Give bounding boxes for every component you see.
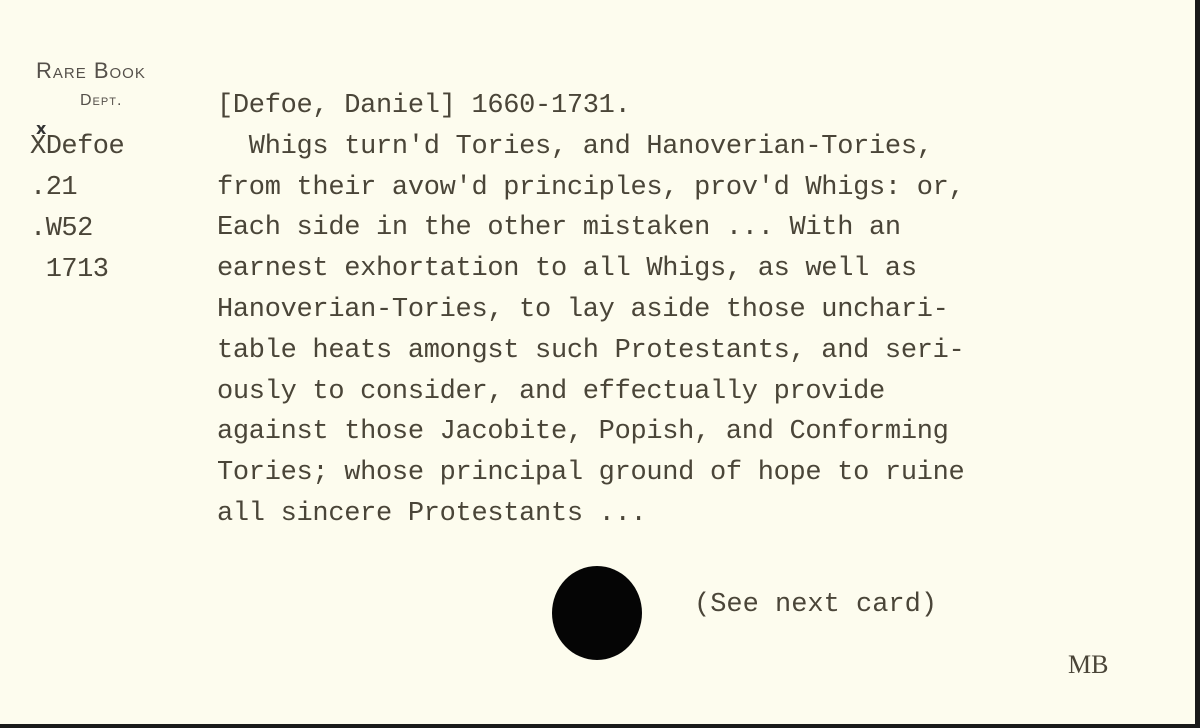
catalog-card: Rare Book Dept. x XDefoe .21 .W52 1713 […: [0, 0, 1195, 724]
author-heading: [Defoe, Daniel] 1660-1731.: [217, 86, 964, 127]
description-line: against those Jacobite, Popish, and Conf…: [217, 412, 964, 453]
description-line: from their avow'd principles, prov'd Whi…: [217, 168, 964, 209]
continuation-note: (See next card): [694, 590, 937, 620]
department-stamp-line2: Dept.: [80, 92, 122, 110]
cataloger-initials: MB: [1068, 650, 1108, 680]
description-line: earnest exhortation to all Whigs, as wel…: [217, 249, 964, 290]
card-body: [Defoe, Daniel] 1660-1731. Whigs turn'd …: [217, 86, 964, 535]
description-line: Hanoverian-Tories, to lay aside those un…: [217, 290, 964, 331]
card-punch-hole: [552, 566, 642, 660]
description-line: table heats amongst such Protestants, an…: [217, 331, 964, 372]
description-line: Tories; whose principal ground of hope t…: [217, 453, 964, 494]
description-line: ously to consider, and effectually provi…: [217, 372, 964, 413]
description-line: all sincere Protestants ...: [217, 494, 964, 535]
call-number-line: .W52: [30, 209, 124, 250]
call-number-line: 1713: [30, 250, 124, 291]
description-line: Each side in the other mistaken ... With…: [217, 208, 964, 249]
call-number: XDefoe .21 .W52 1713: [30, 127, 124, 291]
description-line: Whigs turn'd Tories, and Hanoverian-Tori…: [217, 127, 964, 168]
call-number-line: XDefoe: [30, 127, 124, 168]
department-stamp-line1: Rare Book: [36, 58, 146, 84]
call-number-line: .21: [30, 168, 124, 209]
